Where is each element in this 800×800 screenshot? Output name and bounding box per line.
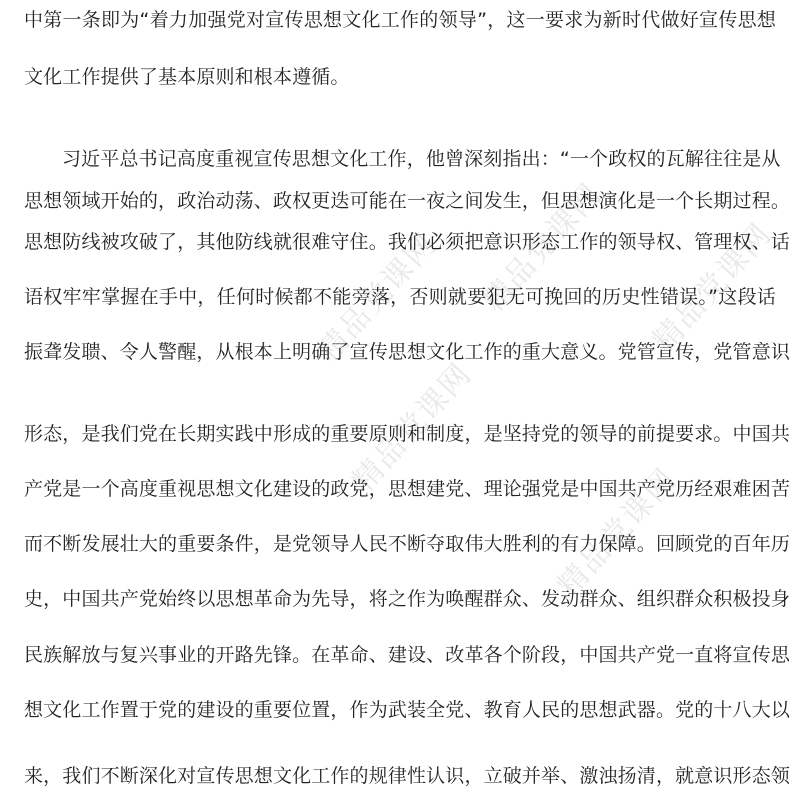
- text-line: 想文化工作置于党的建设的重要位置，作为武装全党、教育人民的思想武器。党的十八大以: [24, 698, 776, 722]
- text-line: 振聋发聩、令人警醒，从根本上明确了宣传思想文化工作的重大意义。党管宣传，党管意识: [24, 340, 776, 364]
- text-line: 而不断发展壮大的重要条件，是党领导人民不断夺取伟大胜利的有力保障。回顾党的百年历: [24, 532, 776, 556]
- text-line: 形态，是我们党在长期实践中形成的重要原则和制度，是坚持党的领导的前提要求。中国共: [24, 422, 776, 446]
- text-line: 史，中国共产党始终以思想革命为先导，将之作为唤醒群众、发动群众、组织群众积极投身: [24, 587, 776, 611]
- text-line: 中第一条即为“着力加强党对宣传思想文化工作的领导”，这一要求为新时代做好宣传思想: [24, 8, 776, 32]
- text-line: 思想防线被攻破了，其他防线就很难守住。我们必须把意识形态工作的领导权、管理权、话: [24, 230, 776, 254]
- document-page: 精品党课网 精品党课网 精品党课网 精品党课网 精品党课网 中第一条即为“着力加…: [0, 0, 800, 800]
- text-line: 来，我们不断深化对宣传思想文化工作的规律性认识，立破并举、激浊扬清，就意识形态领: [24, 764, 776, 788]
- text-line: 语权牢牢掌握在手中，任何时候都不能旁落，否则就要犯无可挽回的历史性错误。”这段话: [24, 285, 776, 309]
- text-line: 文化工作提供了基本原则和根本遵循。: [24, 65, 776, 89]
- text-line: 习近平总书记高度重视宣传思想文化工作，他曾深刻指出：“一个政权的瓦解往往是从: [62, 147, 776, 171]
- text-line: 产党是一个高度重视思想文化建设的政党，思想建党、理论强党是中国共产党历经艰难困苦: [24, 477, 776, 501]
- text-line: 思想领域开始的，政治动荡、政权更迭可能在一夜之间发生，但思想演化是一个长期过程。: [24, 189, 776, 213]
- text-line: 民族解放与复兴事业的开路先锋。在革命、建设、改革各个阶段，中国共产党一直将宣传思: [24, 643, 776, 667]
